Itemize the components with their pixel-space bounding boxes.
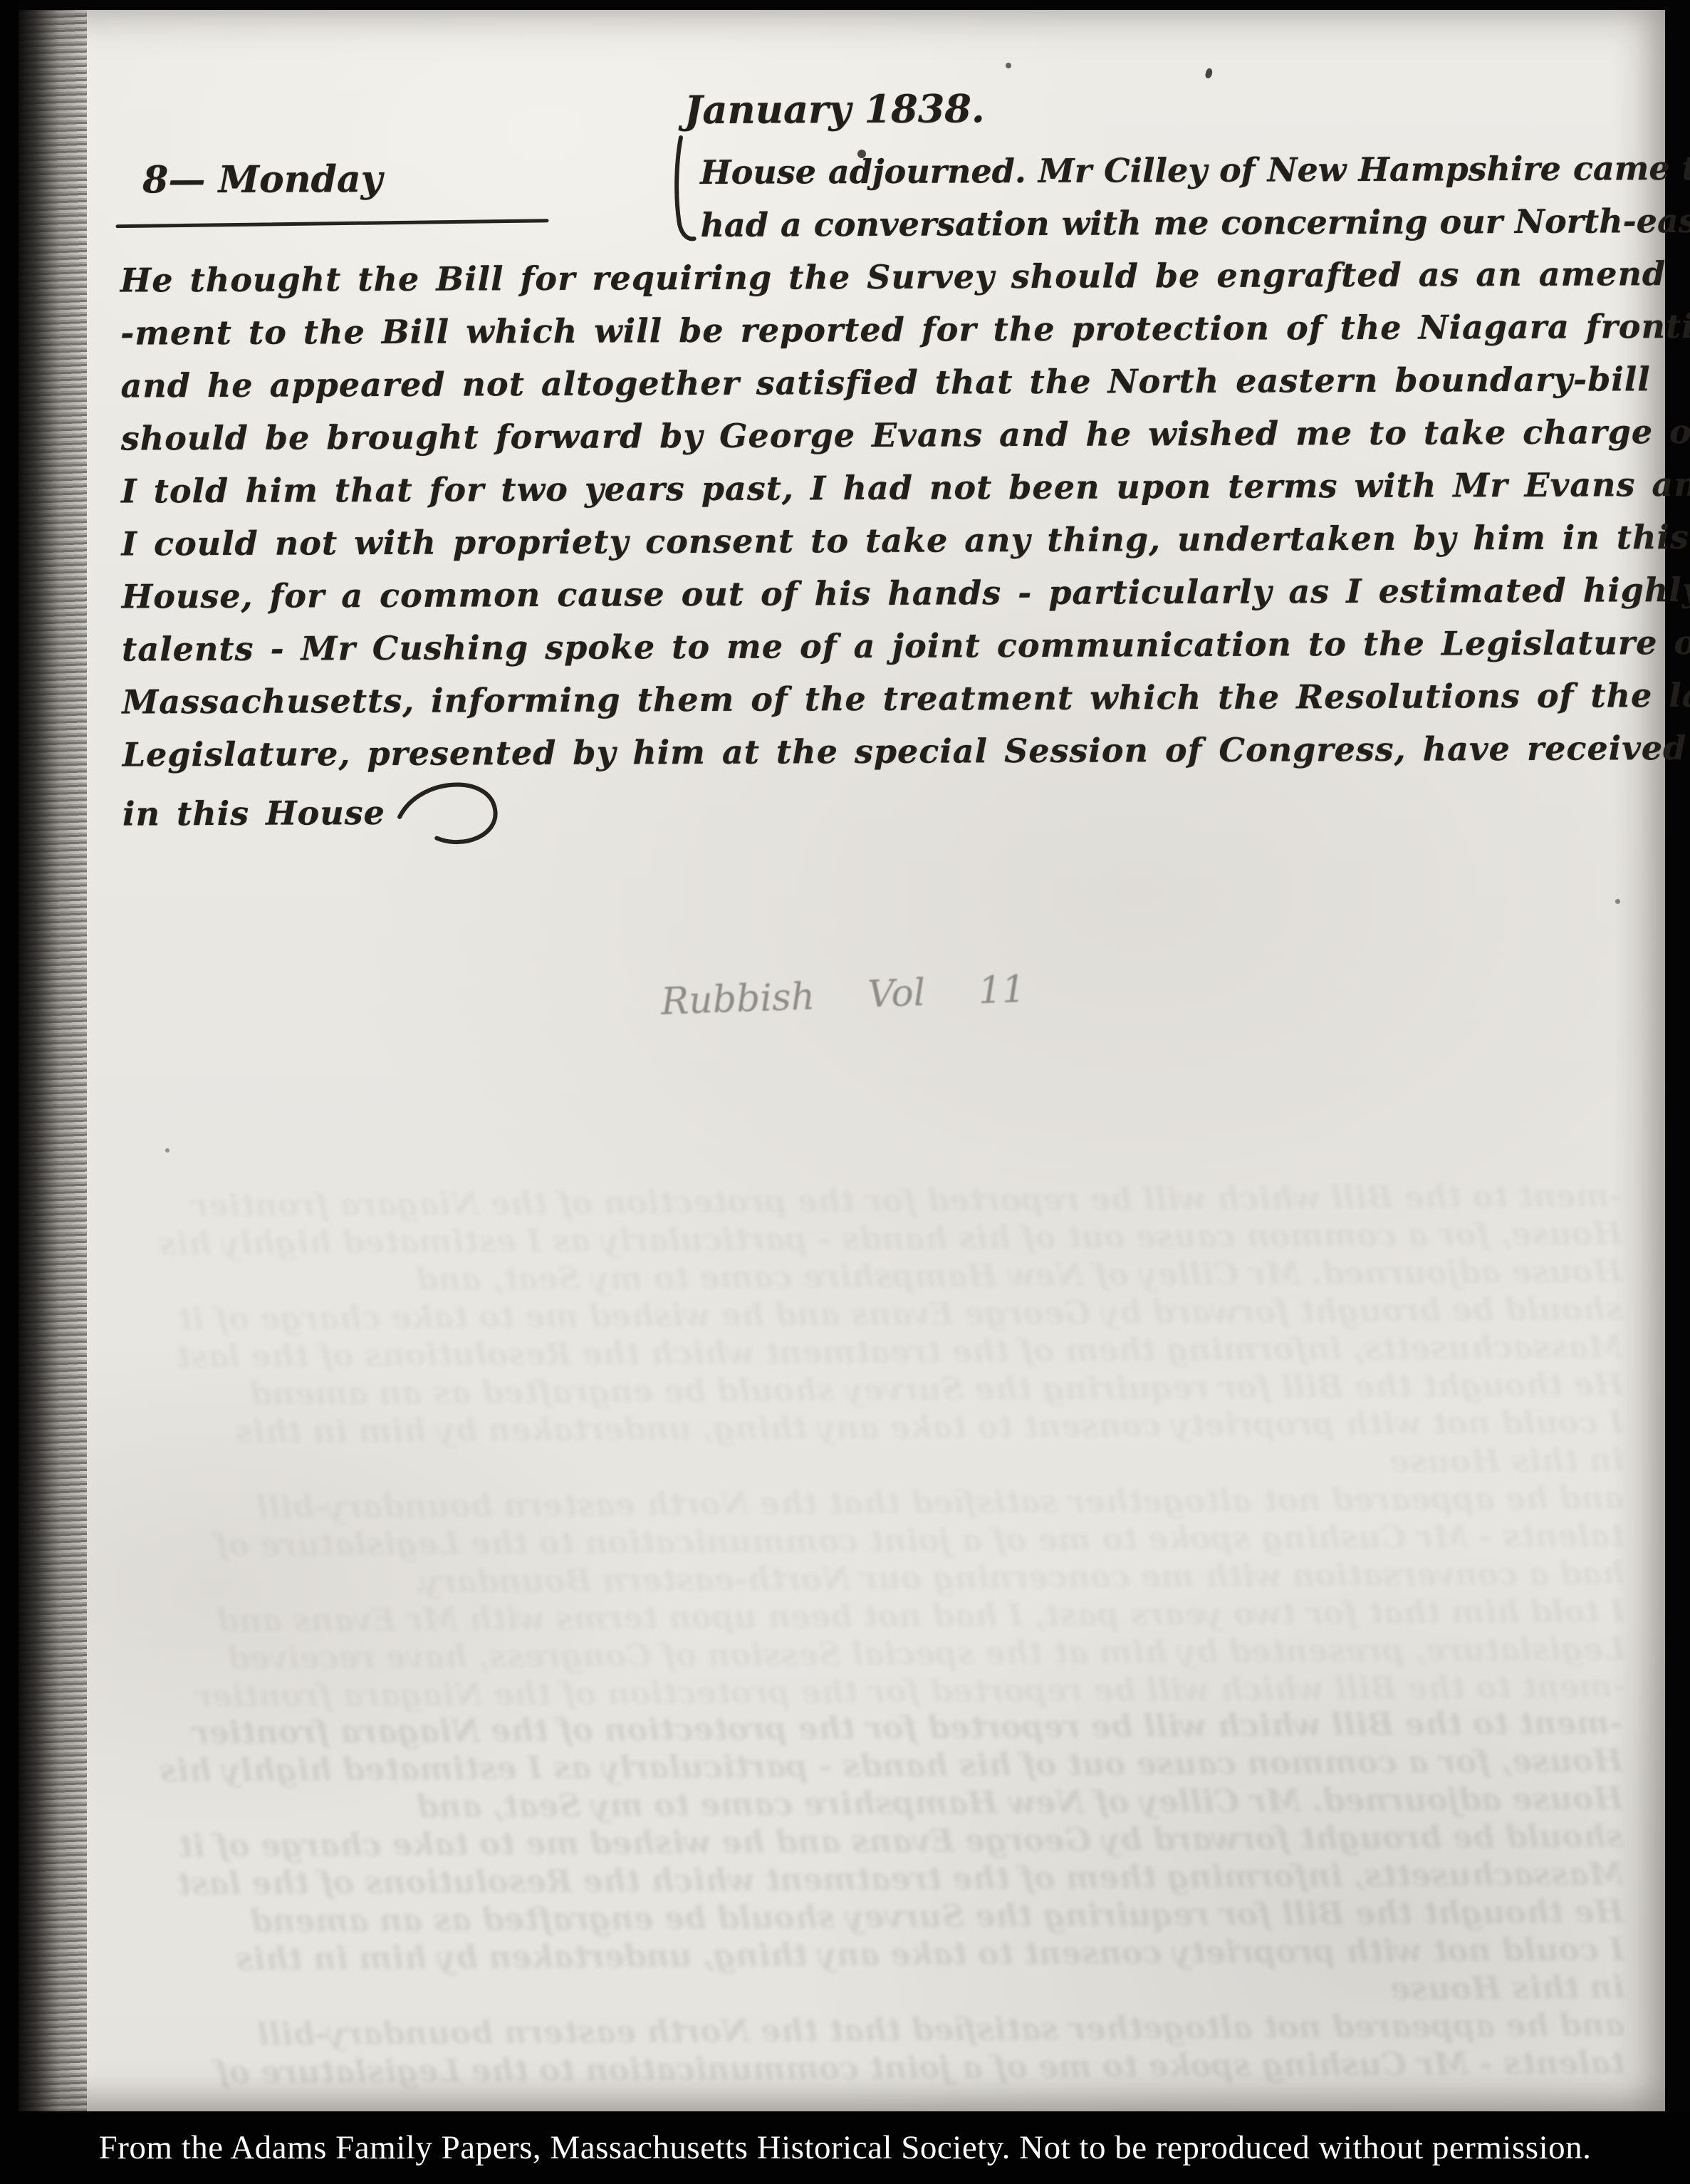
manuscript-line: in this House [122,774,1618,852]
manuscript-line: and he appeared not altogether satisfied… [120,353,1616,412]
manuscript-line: House, for a common cause out of his han… [122,563,1617,623]
manuscript-line: I could not with propriety consent to ta… [121,511,1617,570]
entry-date-label: 8— Monday [142,157,382,202]
brace-mark [669,135,699,249]
archive-caption: From the Adams Family Papers, Massachuse… [99,2128,1592,2167]
manuscript-line: I told him that for two years past, I ha… [121,458,1617,517]
ink-speck [1006,63,1011,68]
manuscript-text-block: January 1838. 8— Monday House adjourned.… [105,80,1619,852]
scan-border-left [0,0,19,2184]
manuscript-line: should be brought forward by George Evan… [121,405,1617,464]
manuscript-line: He thought the Bill for requiring the Su… [120,247,1616,306]
manuscript-line-text: in this House [122,794,385,833]
closing-flourish [395,779,509,851]
manuscript-line: Legislature, presented by him at the spe… [122,722,1618,781]
ink-speck [1615,899,1620,904]
manuscript-line: talents - Mr Cushing spoke to me of a jo… [122,616,1617,675]
ink-speck [857,150,866,158]
manuscript-scan: -ment to the Bill which will be reported… [0,0,1690,2184]
date-underline-stroke [115,219,548,228]
book-binding-edge [19,10,87,2111]
manuscript-line: House adjourned. Mr Cilley of New Hampsh… [700,142,1615,199]
caption-bar: From the Adams Family Papers, Massachuse… [0,2111,1690,2184]
manuscript-line: had a conversation with me concerning ou… [700,194,1615,251]
manuscript-line: -ment to the Bill which will be reported… [120,300,1616,359]
page-heading: January 1838. [80,81,1590,137]
ink-speck [165,1148,169,1153]
diary-entry: 8— Monday House adjourned. Mr Cilley of … [105,142,1618,852]
scan-border-top [0,0,1690,10]
manuscript-line: Massachusetts, informing them of the tre… [122,669,1617,728]
